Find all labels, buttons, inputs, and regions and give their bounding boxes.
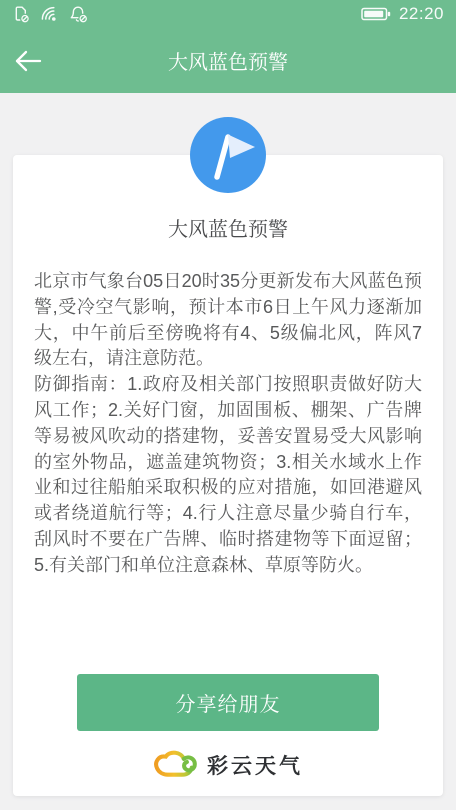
page-title: 大风蓝色预警 [0,46,456,75]
no-sim-icon [12,5,31,24]
back-arrow-icon [13,49,43,73]
status-time: 22:20 [399,4,444,24]
app-screen: 22:20 大风蓝色预警 大风蓝色预警 北京市气象台05日20时35分更新发布大… [0,0,456,810]
back-button[interactable] [0,28,56,93]
alert-card: 大风蓝色预警 北京市气象台05日20时35分更新发布大风蓝色预警,受冷空气影响，… [13,155,443,796]
header: 大风蓝色预警 [0,28,456,93]
alert-badge [190,117,266,193]
brand-footer: 彩云天气 [13,748,443,782]
alert-paragraph-guide: 防御指南：1.政府及相关部门按照职责做好防大风工作；2.关好门窗，加固围板、棚架… [34,372,422,578]
notifications-off-icon [69,5,89,24]
alert-title: 大风蓝色预警 [13,218,443,242]
status-bar-left-icons [12,5,89,24]
alert-body: 北京市气象台05日20时35分更新发布大风蓝色预警,受冷空气影响，预计本市6日上… [34,269,422,579]
status-bar-right: 22:20 [361,4,444,24]
flag-icon [190,117,266,193]
status-bar: 22:20 [0,0,456,28]
share-button[interactable]: 分享给朋友 [77,674,379,731]
brand-name: 彩云天气 [207,750,303,780]
wifi-icon [40,5,60,24]
cloud-logo-icon [153,748,197,782]
battery-icon [361,6,391,22]
alert-paragraph-summary: 北京市气象台05日20时35分更新发布大风蓝色预警,受冷空气影响，预计本市6日上… [34,269,422,372]
